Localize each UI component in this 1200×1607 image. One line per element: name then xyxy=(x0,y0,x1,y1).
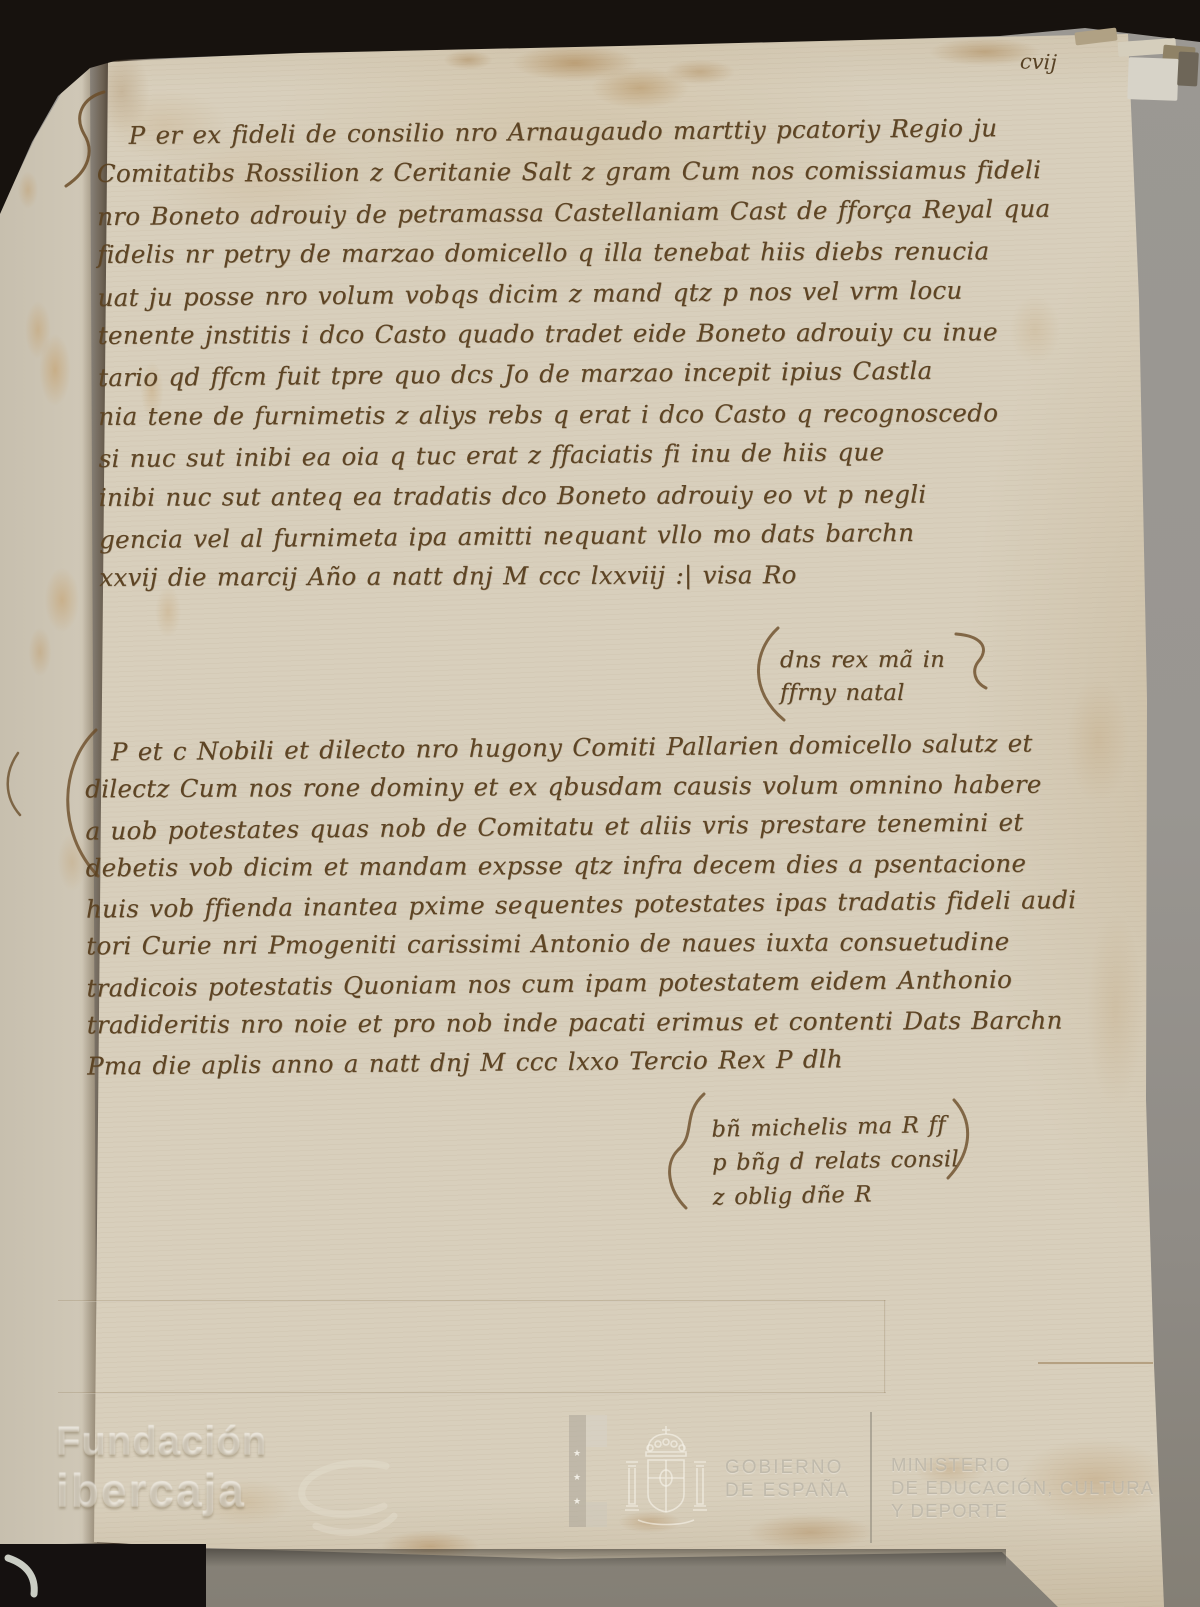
ministerio-watermark-text: MINISTERIO DE EDUCACIÓN, CULTURA Y DEPOR… xyxy=(891,1453,1154,1522)
star-icon: ★ xyxy=(573,1472,581,1483)
ibercaja-watermark-line1: Fundación xyxy=(56,1420,267,1465)
manuscript-line: z oblig dñe R xyxy=(712,1175,973,1214)
logo-divider-line xyxy=(870,1412,872,1543)
ministerio-line2: DE EDUCACIÓN, CULTURA xyxy=(891,1476,1154,1499)
ministerio-line1: MINISTERIO xyxy=(891,1453,1154,1476)
chancery-note-1: dns rex mã in ffrny natal xyxy=(780,644,1000,710)
manuscript-line: xxvij die marcij Año a natt dnj M ccc lx… xyxy=(99,554,1039,598)
gobierno-line1: GOBIERNO xyxy=(725,1456,850,1479)
manuscript-line: a uob potestates quas nob de Comitatu et… xyxy=(85,802,1035,850)
manuscript-line: ffrny natal xyxy=(780,677,1000,710)
star-icon: ★ xyxy=(573,1448,581,1459)
manuscript-line: tario qd ffcm fuit tpre quo dcs Jo de ma… xyxy=(98,350,1038,399)
fold-crease xyxy=(58,1300,886,1302)
manuscript-line: p bñg d relats consil xyxy=(712,1142,972,1180)
binding-thread-icon xyxy=(0,1546,60,1607)
manuscript-line: tradicois potestatis Quoniam nos cum ipa… xyxy=(86,959,1036,1007)
manuscript-line: dns rex mã in xyxy=(780,644,1000,678)
manuscript-line: Pma die aplis anno a natt dnj M ccc lxxo… xyxy=(87,1038,1037,1086)
manuscript-line: nia tene de furnimetis z aliys rebs q er… xyxy=(98,393,1038,437)
torn-paper-edge xyxy=(1127,57,1178,101)
ibercaja-logo-icon xyxy=(268,1448,408,1543)
fold-crease xyxy=(1038,1362,1153,1364)
ibercaja-watermark-line2: ibercaja xyxy=(56,1464,246,1518)
ministerio-line3: Y DEPORTE xyxy=(891,1499,1154,1522)
manuscript-line: tori Curie nri Pmogeniti carissimi Anton… xyxy=(86,922,1036,966)
gobierno-watermark-text: GOBIERNO DE ESPAÑA xyxy=(725,1456,850,1502)
manuscript-line: uat ju posse nro volum vobqs dicim z man… xyxy=(97,269,1037,318)
gobierno-flag-square xyxy=(586,1415,607,1447)
chancery-note-2: bñ michelis ma R ff p bñg d relats consi… xyxy=(711,1108,973,1215)
letter-2-text-block: P et c Nobili et dilecto nro hugony Comi… xyxy=(85,725,1037,1085)
star-icon: ★ xyxy=(573,1496,581,1507)
gobierno-line2: DE ESPAÑA xyxy=(725,1479,850,1502)
page-bottom-shadow xyxy=(206,1549,1006,1567)
manuscript-line: si nuc sut inibi ea oia q tuc erat z ffa… xyxy=(98,431,1038,480)
manuscript-line: nro Boneto adrouiy de petramassa Castell… xyxy=(97,189,1037,238)
fold-crease xyxy=(58,1392,886,1394)
manuscript-line: gencia vel al furnimeta ipa amitti nequa… xyxy=(99,512,1039,561)
manuscript-line: tenente jnstitis i dco Casto quado trade… xyxy=(98,312,1038,356)
manuscript-line: bñ michelis ma R ff xyxy=(711,1107,972,1146)
torn-paper-edge xyxy=(1177,51,1199,86)
letter-1-text-block: P er ex fideli de consilio nro Arnaugaud… xyxy=(97,109,1040,599)
manuscript-photograph: cvij P er ex fideli de consilio nro Arna… xyxy=(0,0,1200,1607)
manuscript-line: Comitatibs Rossilion z Ceritanie Salt z … xyxy=(97,151,1037,195)
manuscript-line: P er ex fideli de consilio nro Arnaugaud… xyxy=(96,108,1036,157)
manuscript-line: dilectz Cum nos rone dominy et ex qbusda… xyxy=(85,765,1035,809)
gobierno-flag-square xyxy=(586,1502,607,1527)
fold-crease xyxy=(884,1300,886,1393)
folio-number: cvij xyxy=(1020,49,1058,74)
spain-coat-of-arms-icon xyxy=(618,1424,714,1530)
gobierno-flag-band xyxy=(569,1415,586,1527)
manuscript-line: fidelis nr petry de marzao domicello q i… xyxy=(97,231,1037,275)
manuscript-line: inibi nuc sut anteq ea tradatis dco Bone… xyxy=(99,474,1039,518)
